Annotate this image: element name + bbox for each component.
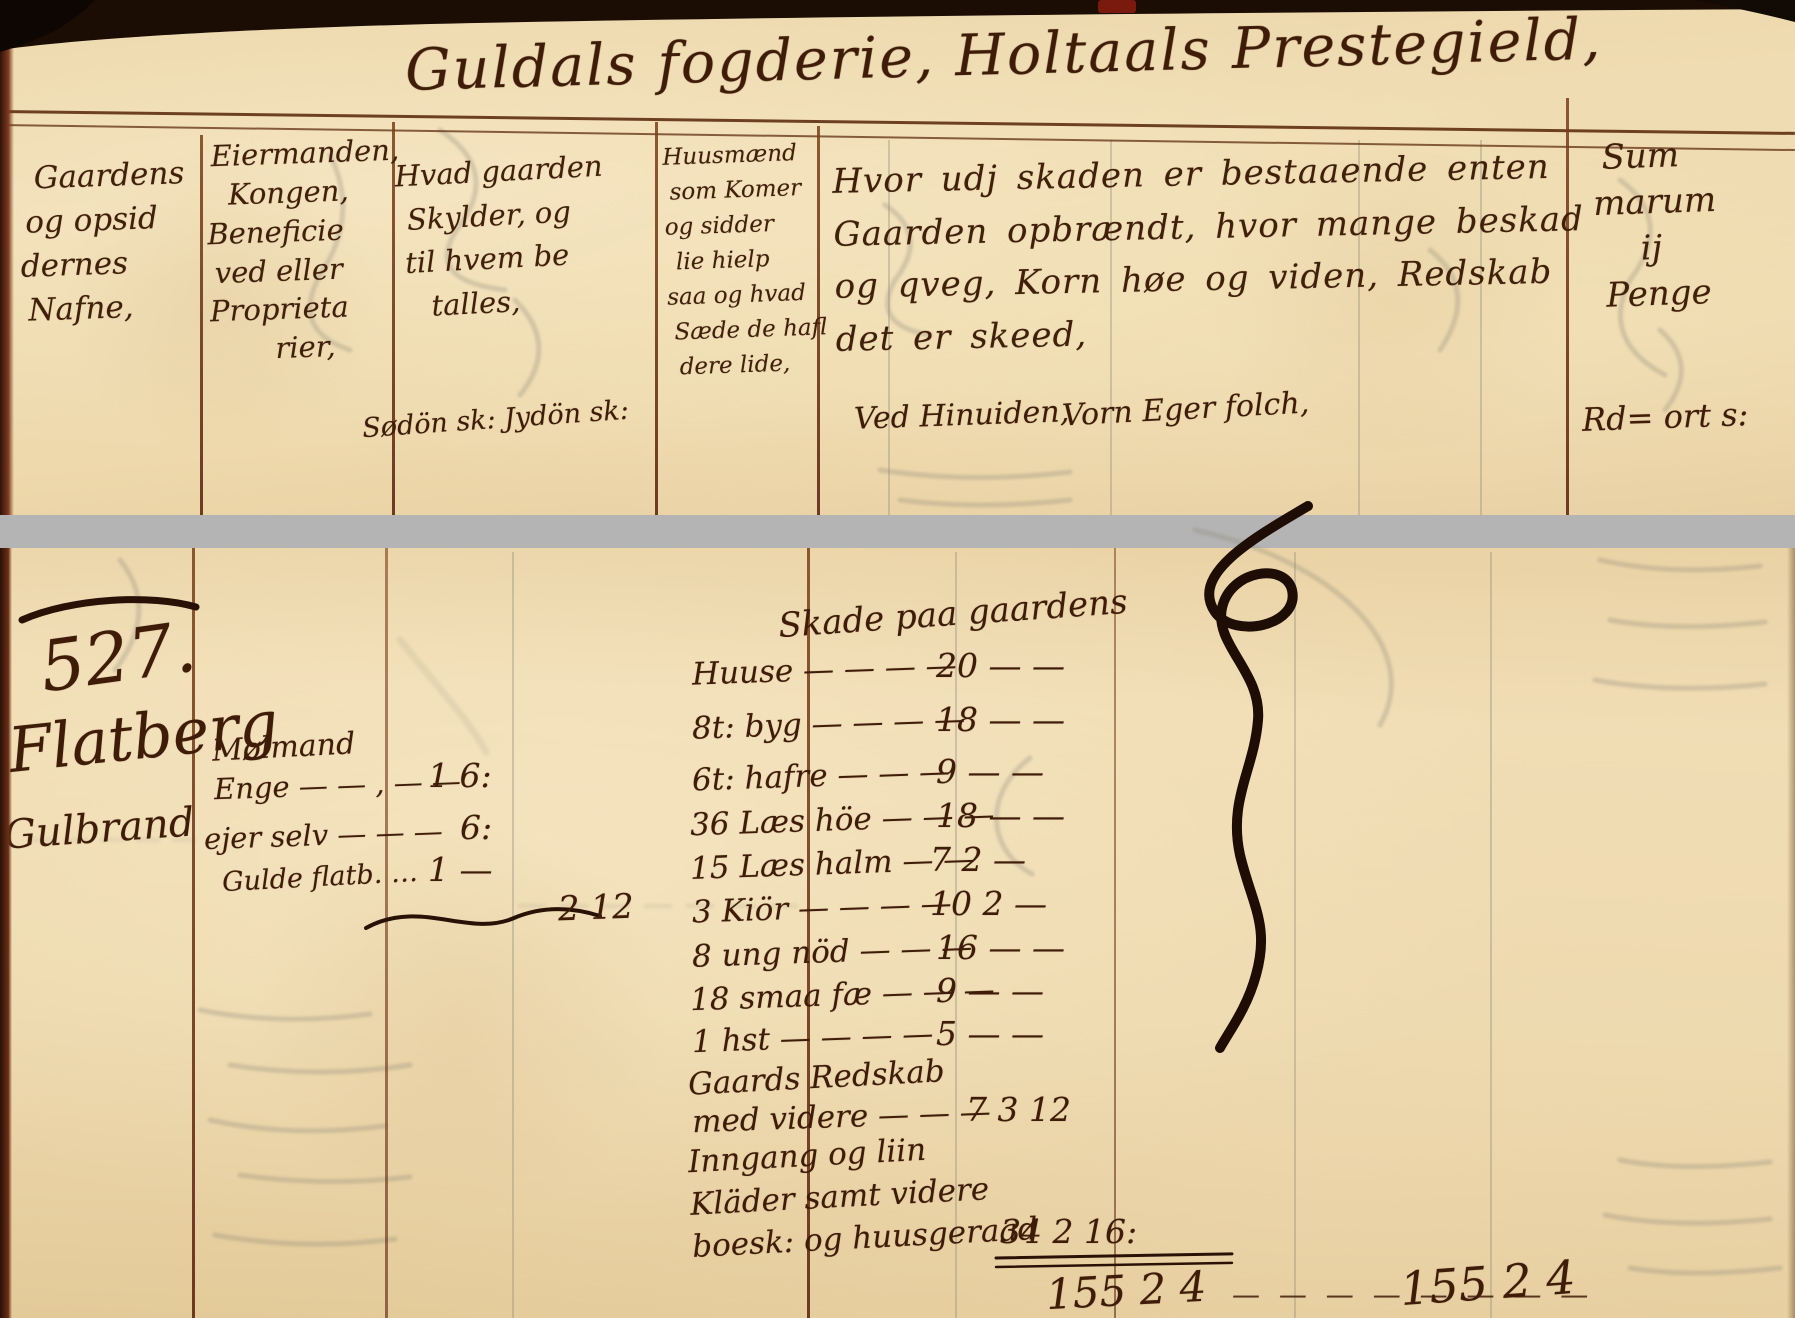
owner-row-label: Mølmand (211, 726, 356, 768)
manuscript-page: Guldals fogderie, Holtaals Prestegield, … (0, 0, 1795, 1318)
owner-row-value: 1 — (428, 850, 493, 889)
book-top-edge (0, 0, 1795, 60)
damage-item-value: 18 — — (936, 700, 1065, 739)
book-spine-edge-bottom (0, 548, 12, 1318)
damage-item-value: 34 2 16: (1000, 1212, 1137, 1251)
red-edge-mark (1098, 0, 1136, 13)
damage-item-value: 7 2 — (930, 840, 1026, 879)
damage-item-value: 20 — — (936, 646, 1065, 685)
damage-item-value: 7 3 12 (966, 1090, 1071, 1129)
page-right-edge (1787, 548, 1795, 1318)
book-spine-edge-top (0, 0, 14, 515)
owner-row-value: 6: (460, 808, 492, 847)
total-left: 155 2 4 (1045, 1262, 1208, 1318)
damage-item-value: 9 — — (936, 752, 1044, 791)
damage-item-value: 9 — — (936, 971, 1044, 1010)
damage-item-value: 18 — — (936, 796, 1065, 835)
damage-item-value: 10 2 — (930, 884, 1047, 923)
skyld-total: 2 12 (557, 887, 634, 930)
owner-row-value: 1 6: (428, 756, 492, 795)
damage-item-value: 16 — — (936, 928, 1065, 967)
damage-item-value: 5 — — (936, 1014, 1044, 1053)
